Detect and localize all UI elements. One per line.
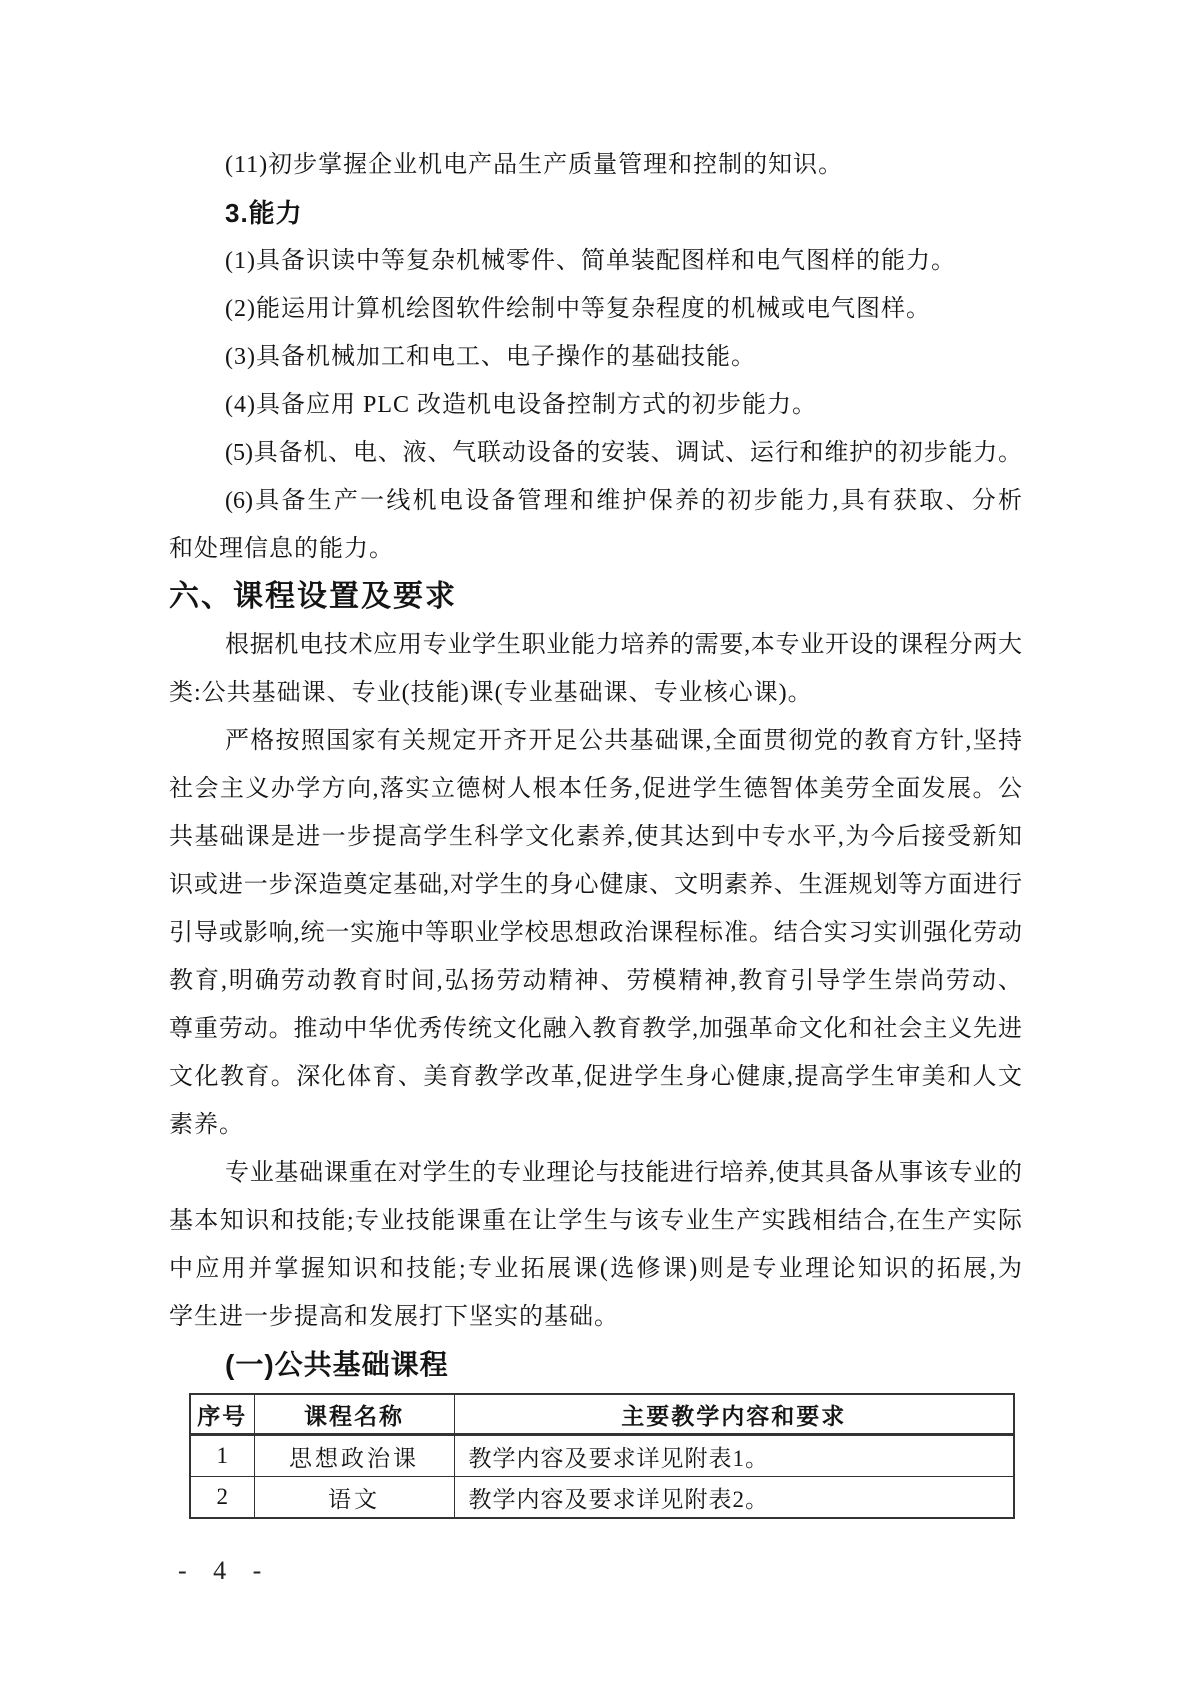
section-heading: 六、课程设置及要求 — [169, 573, 1022, 621]
text-line: 严格按照国家有关规定开齐开足公共基础课,全面贯彻党的教育方针,坚持 — [169, 717, 1022, 765]
table-header-no: 序号 — [190, 1394, 254, 1435]
text-line: 教育,明确劳动教育时间,弘扬劳动精神、劳模精神,教育引导学生崇尚劳动、 — [169, 957, 1022, 1005]
table-header-course: 课程名称 — [254, 1394, 454, 1435]
text-line: 根据机电技术应用专业学生职业能力培养的需要,本专业开设的课程分两大 — [169, 621, 1022, 669]
list-heading: 3.能力 — [169, 189, 1022, 237]
course-name: 语文 — [254, 1477, 454, 1519]
course-name: 思想政治课 — [254, 1435, 454, 1477]
text-line: 和处理信息的能力。 — [169, 525, 1022, 573]
table-header-content: 主要教学内容和要求 — [454, 1394, 1014, 1435]
course-content: 教学内容及要求详见附表2。 — [454, 1477, 1014, 1519]
text-line: 学生进一步提高和发展打下坚实的基础。 — [169, 1293, 1022, 1341]
table-row: 1 思想政治课 教学内容及要求详见附表1。 — [190, 1435, 1014, 1477]
course-index: 1 — [190, 1435, 254, 1477]
public-basic-courses-table: 序号 课程名称 主要教学内容和要求 1 思想政治课 教学内容及要求详见附表1。 … — [189, 1393, 1015, 1519]
text-line: (4)具备应用 PLC 改造机电设备控制方式的初步能力。 — [169, 381, 1022, 429]
text-line: 社会主义办学方向,落实立德树人根本任务,促进学生德智体美劳全面发展。公 — [169, 765, 1022, 813]
text-line: 识或进一步深造奠定基础,对学生的身心健康、文明素养、生涯规划等方面进行 — [169, 861, 1022, 909]
text-line: 共基础课是进一步提高学生科学文化素养,使其达到中专水平,为今后接受新知 — [169, 813, 1022, 861]
text-line: (5)具备机、电、液、气联动设备的安装、调试、运行和维护的初步能力。 — [169, 429, 1022, 477]
text-line: 基本知识和技能;专业技能课重在让学生与该专业生产实践相结合,在生产实际 — [169, 1197, 1022, 1245]
text-line: 尊重劳动。推动中华优秀传统文化融入教育教学,加强革命文化和社会主义先进 — [169, 1005, 1022, 1053]
text-line: 素养。 — [169, 1101, 1022, 1149]
text-line: 文化教育。深化体育、美育教学改革,促进学生身心健康,提高学生审美和人文 — [169, 1053, 1022, 1101]
text-flow: (11)初步掌握企业机电产品生产质量管理和控制的知识。3.能力(1)具备识读中等… — [169, 141, 1022, 1389]
course-index: 2 — [190, 1477, 254, 1519]
page-number: - 4 - — [178, 1556, 271, 1586]
subsection-heading: (一)公共基础课程 — [169, 1341, 1022, 1389]
table-row: 2 语文 教学内容及要求详见附表2。 — [190, 1477, 1014, 1519]
text-line: (6)具备生产一线机电设备管理和维护保养的初步能力,具有获取、分析 — [169, 477, 1022, 525]
course-content: 教学内容及要求详见附表1。 — [454, 1435, 1014, 1477]
text-line: (3)具备机械加工和电工、电子操作的基础技能。 — [169, 333, 1022, 381]
document-page: (11)初步掌握企业机电产品生产质量管理和控制的知识。3.能力(1)具备识读中等… — [0, 0, 1191, 1684]
text-line: 中应用并掌握知识和技能;专业拓展课(选修课)则是专业理论知识的拓展,为 — [169, 1245, 1022, 1293]
text-line: (11)初步掌握企业机电产品生产质量管理和控制的知识。 — [169, 141, 1022, 189]
text-line: 类:公共基础课、专业(技能)课(专业基础课、专业核心课)。 — [169, 669, 1022, 717]
table-header-row: 序号 课程名称 主要教学内容和要求 — [190, 1394, 1014, 1435]
text-line: (1)具备识读中等复杂机械零件、简单装配图样和电气图样的能力。 — [169, 237, 1022, 285]
text-line: (2)能运用计算机绘图软件绘制中等复杂程度的机械或电气图样。 — [169, 285, 1022, 333]
text-line: 专业基础课重在对学生的专业理论与技能进行培养,使其具备从事该专业的 — [169, 1149, 1022, 1197]
text-line: 引导或影响,统一实施中等职业学校思想政治课程标准。结合实习实训强化劳动 — [169, 909, 1022, 957]
